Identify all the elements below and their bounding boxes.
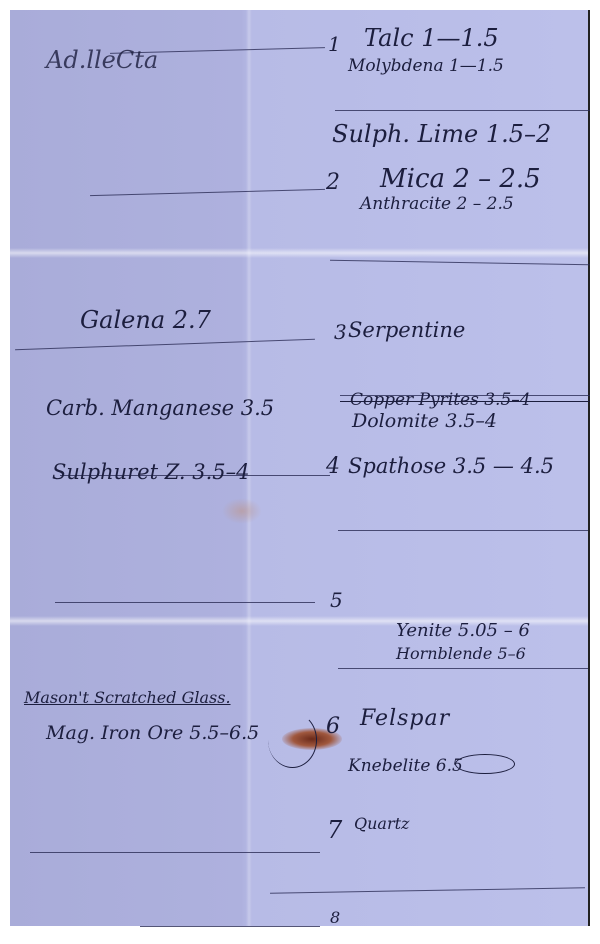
scale-number-6: 6: [326, 714, 340, 739]
bracket-mark: [268, 712, 317, 768]
faint-stain: [222, 498, 262, 524]
scale-number-1: 1: [328, 32, 341, 56]
anthracite-entry: Anthracite 2 – 2.5: [360, 194, 514, 214]
mica-entry: Mica 2 – 2.5: [380, 164, 541, 194]
talc-entry: Talc 1—1.5: [364, 24, 499, 52]
molybdena-entry: Molybdena 1—1.5: [348, 56, 504, 76]
strike-copper-pyrites: [340, 401, 590, 402]
galena-entry: Galena 2.7: [80, 306, 211, 334]
scale-number-2: 2: [326, 170, 340, 195]
scale-number-8: 8: [330, 908, 340, 927]
quartz-entry: Quartz: [354, 814, 409, 833]
scale-number-5: 5: [330, 588, 343, 612]
sulphuret-z-entry: Sulphuret Z. 3.5–4: [52, 460, 250, 484]
sulph-lime-entry: Sulph. Lime 1.5–2: [332, 120, 551, 148]
mag-iron-ore-entry: Mag. Iron Ore 5.5–6.5: [46, 722, 259, 744]
spathose-entry: Spathose 3.5 — 4.5: [348, 454, 554, 478]
copper-pyrites-entry: Copper Pyrites 3.5–4: [350, 390, 531, 410]
knebelite-entry: Knebelite 6.5: [348, 756, 463, 776]
hornblende-entry: Hornblende 5–6: [396, 644, 526, 663]
rule-line-4b: [338, 530, 588, 531]
rule-line-1b: [335, 110, 590, 111]
yenite-entry: Yenite 5.05 – 6: [396, 620, 530, 641]
rule-line-5b: [338, 668, 588, 669]
scale-number-3: 3: [334, 320, 347, 344]
dolomite-entry: Dolomite 3.5–4: [352, 410, 497, 432]
horizontal-fold-upper: [10, 248, 588, 258]
carb-manganese-entry: Carb. Manganese 3.5: [46, 396, 274, 420]
scale-number-7: 7: [327, 816, 342, 844]
feldspar-entry: Felspar: [360, 706, 450, 731]
rule-line-7: [30, 852, 320, 853]
rule-line-8: [140, 926, 320, 927]
scratched-glass-note: Mason't Scratched Glass.: [24, 688, 231, 707]
serpentine-entry: Serpentine: [348, 318, 465, 342]
circled-scribble: [455, 754, 515, 774]
rule-line-5: [55, 602, 315, 603]
scale-number-4: 4: [326, 454, 340, 479]
scribble-top-left: Ad.lleCta: [46, 46, 158, 74]
